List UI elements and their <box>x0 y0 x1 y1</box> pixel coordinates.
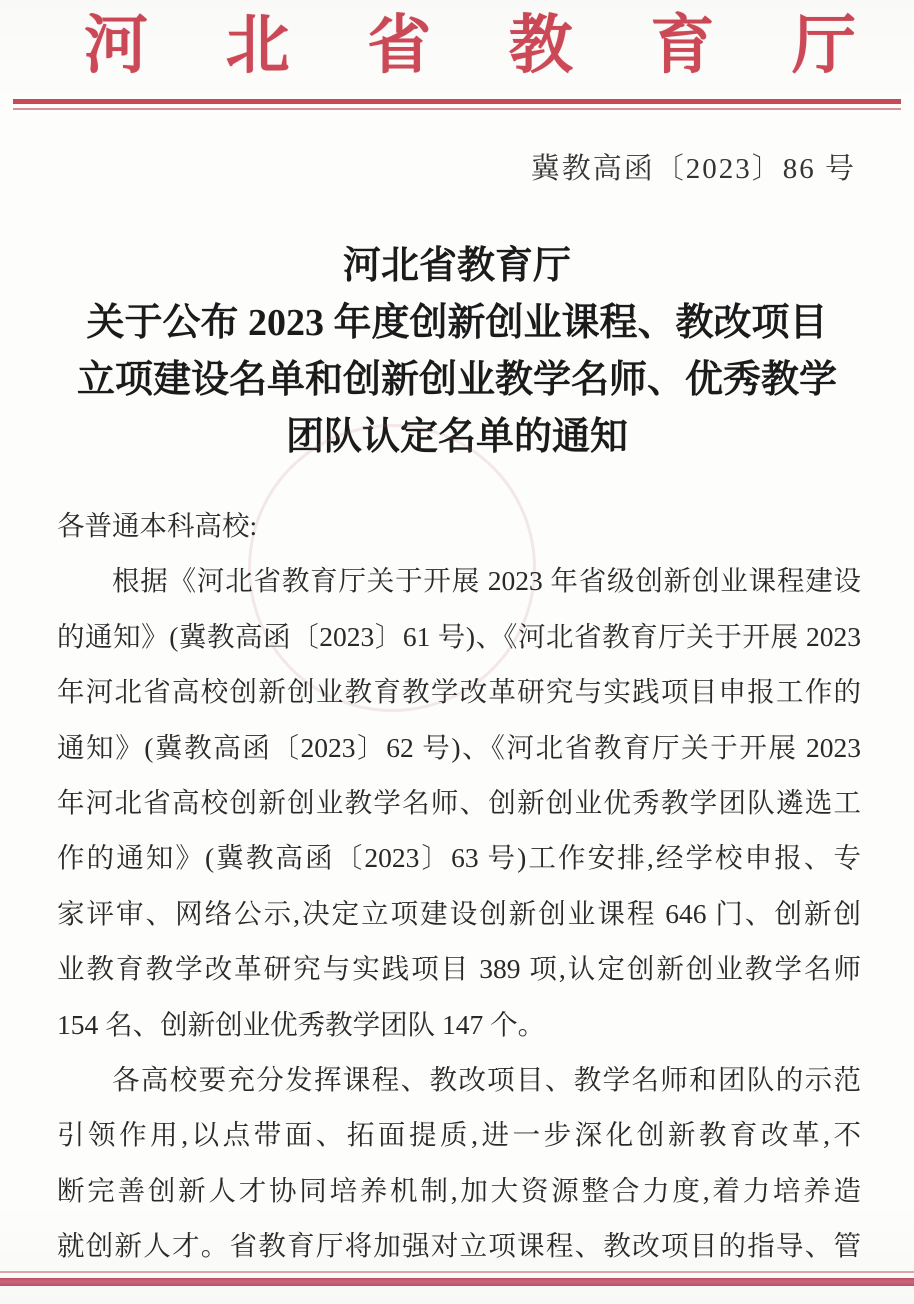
body-line: 作的通知》(冀教高函〔2023〕63 号)工作安排,经学校申报、专 <box>57 830 861 885</box>
paragraph-1: 根据《河北省教育厅关于开展 2023 年省级创新创业课程建设 的通知》(冀教高函… <box>57 553 861 1052</box>
body-line: 的通知》(冀教高函〔2023〕61 号)、《河北省教育厅关于开展 2023 <box>57 609 861 664</box>
body-line: 业教育教学改革研究与实践项目 389 项,认定创新创业教学名师 <box>57 941 861 996</box>
scanned-document-page: 河北省教育厅 冀教高函〔2023〕86 号 河北省教育厅 关于公布 2023 年… <box>0 0 914 1304</box>
body-line: 154 名、创新创业优秀教学团队 147 个。 <box>57 997 861 1052</box>
document-title-line: 团队认定名单的通知 <box>40 409 874 466</box>
body-line: 各高校要充分发挥课程、教改项目、教学名师和团队的示范 <box>57 1052 861 1107</box>
document-title-line: 河北省教育厅 <box>40 238 874 295</box>
letterhead-divider <box>13 99 901 110</box>
letterhead-agency-title: 河北省教育厅 <box>84 8 856 85</box>
document-title: 河北省教育厅 关于公布 2023 年度创新创业课程、教改项目 立项建设名单和创新… <box>40 238 874 466</box>
body-line: 年河北省高校创新创业教育教学改革研究与实践项目申报工作的 <box>57 664 861 719</box>
page-bottom-rule-thick <box>0 1278 914 1286</box>
body-line: 通知》(冀教高函〔2023〕62 号)、《河北省教育厅关于开展 2023 <box>57 720 861 775</box>
body-line: 断完善创新人才协同培养机制,加大资源整合力度,着力培养造 <box>57 1163 861 1218</box>
body-line: 家评审、网络公示,决定立项建设创新创业课程 646 门、创新创 <box>57 886 861 941</box>
body-line: 年河北省高校创新创业教学名师、创新创业优秀教学团队遴选工 <box>57 775 861 830</box>
salutation: 各普通本科高校: <box>57 498 861 553</box>
body-line: 引领作用,以点带面、拓面提质,进一步深化创新教育改革,不 <box>57 1107 861 1162</box>
page-bottom-rule-thin <box>0 1271 914 1273</box>
paragraph-2: 各高校要充分发挥课程、教改项目、教学名师和团队的示范 引领作用,以点带面、拓面提… <box>57 1052 861 1274</box>
body-line: 根据《河北省教育厅关于开展 2023 年省级创新创业课程建设 <box>57 553 861 608</box>
letterhead-divider-thick-line <box>13 99 901 104</box>
document-number: 冀教高函〔2023〕86 号 <box>531 146 856 187</box>
letterhead-divider-thin-line <box>13 108 901 110</box>
document-body: 各普通本科高校: 根据《河北省教育厅关于开展 2023 年省级创新创业课程建设 … <box>57 498 861 1273</box>
body-line: 就创新人才。省教育厅将加强对立项课程、教改项目的指导、管 <box>57 1218 861 1273</box>
document-title-line: 关于公布 2023 年度创新创业课程、教改项目 <box>40 295 874 352</box>
document-title-line: 立项建设名单和创新创业教学名师、优秀教学 <box>40 352 874 409</box>
